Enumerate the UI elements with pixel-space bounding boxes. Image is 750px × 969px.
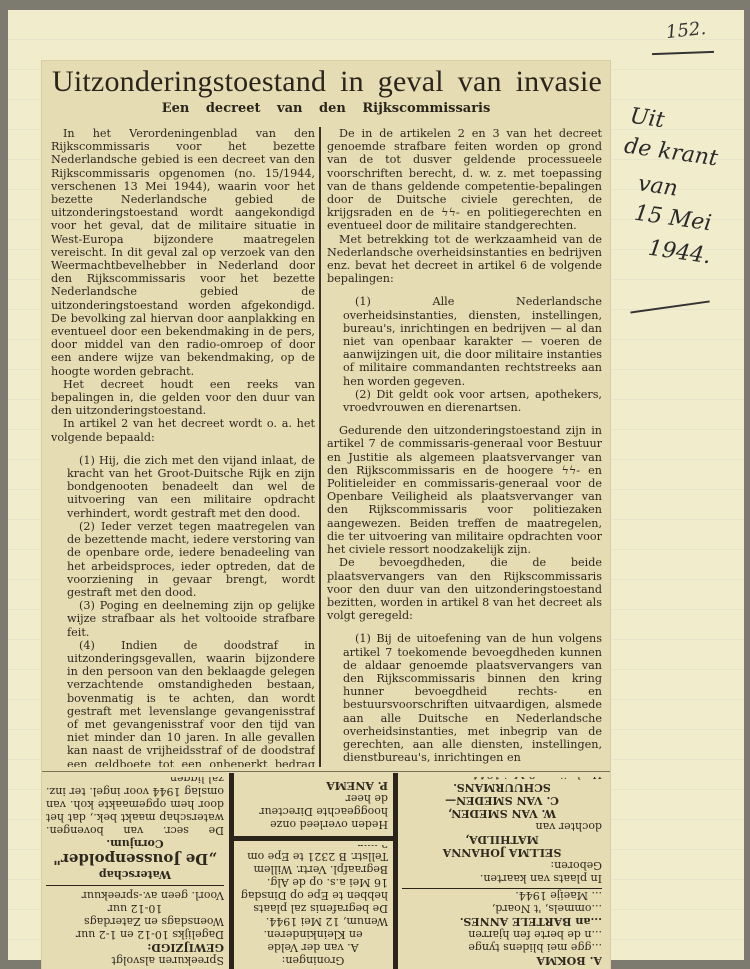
ad-line: Voorl. geen av.-spreekuur (46, 885, 224, 902)
ad-line: Geboren: (402, 859, 602, 872)
paragraph: (1) Hij, die zich met den vijand inlaat,… (51, 454, 315, 520)
column-divider (319, 127, 321, 767)
ad-divider (393, 773, 398, 969)
ad-line: ...ommels, 't Noard, (402, 902, 602, 915)
paragraph: (2) Dit geldt ook voor artsen, apotheker… (327, 388, 602, 414)
ad-birth-notice: A. BOKMA ...gge mei blidens tynge ...n d… (402, 777, 602, 967)
upside-down-advertisements: A. BOKMA ...gge mei blidens tynge ...n d… (42, 773, 610, 969)
article-left-column: In het Verordeningenblad van den Rijksco… (51, 127, 315, 767)
paragraph: De in de artikelen 2 en 3 van het decree… (327, 127, 602, 233)
ad-line: Cornjum. (46, 837, 224, 850)
ad-line: en Kleinkinderen. (238, 928, 388, 941)
ad-line: Wenum, 12 Mei 1944. (238, 915, 388, 928)
handwritten-note-line-3: van (636, 171, 679, 201)
ad-divider (233, 836, 393, 841)
paragraph: Gedurende den uitzonderingstoestand zijn… (327, 424, 602, 556)
ad-line: A. van der Velde (238, 941, 388, 954)
page-number-underline (652, 51, 714, 55)
note-underline (630, 300, 709, 313)
ad-line: P. ANEMA (238, 779, 388, 792)
article-headline: Uitzonderingstoestand in geval van invas… (52, 63, 602, 101)
ad-anema: Heden overleed onze hooggeachte Directeu… (238, 775, 388, 831)
ad-line: SCHUURMANS. (402, 781, 602, 794)
paragraph: Met betrekking tot de werkzaamheid van d… (327, 233, 602, 286)
newspaper-clipping: Uitzonderingstoestand in geval van invas… (42, 61, 610, 969)
paragraph: (3) Poging en deelneming zijn op gelijke… (51, 599, 315, 639)
ad-line: De begrafenis zal plaats hebben te Epe o… (238, 845, 388, 915)
ad-line: MATHILDA, (402, 833, 602, 846)
paragraph: Het decreet houdt een reeks van bepaling… (51, 378, 315, 418)
ad-line: ...gge mei blidens tynge (402, 941, 602, 954)
ad-line: GEWIJZIGD: (46, 941, 224, 954)
ad-line: C. VAN SMEDEN— (402, 794, 602, 807)
ad-line: ... Maeije 1944. (402, 888, 602, 902)
ad-line: In plaats van kaarten. (402, 872, 602, 885)
ad-line: dochter van (402, 820, 602, 833)
handwritten-note-line-5: 1944. (647, 236, 713, 270)
paragraph: (1) Bij de uitoefening van de hun volgen… (327, 632, 602, 764)
paragraph: In artikel 2 van het decreet wordt o. a.… (51, 417, 315, 443)
ad-line: Groningen: (238, 954, 388, 967)
handwritten-note-line-1: Uit (628, 104, 666, 134)
ad-line: Herbaijum, 8 Mei 1944. (402, 777, 602, 781)
article-right-column: De in de artikelen 2 en 3 van het decree… (327, 127, 602, 767)
ad-line: Dagelijks 10-12 en 1-2 uur (46, 928, 224, 941)
ad-line: ...n de berte fen hjarren (402, 928, 602, 941)
page-number: 152. (665, 18, 707, 43)
ad-line: Spreekuren alsvolgt (46, 954, 224, 967)
ad-line: Waterschap (46, 868, 224, 881)
ad-line: De secr. van bovengen. waterschap maakt … (46, 777, 224, 837)
paragraph: In het Verordeningenblad van den Rijksco… (51, 127, 315, 378)
archive-sheet: 152. Uit de krant van 15 Mei 1944. Uitzo… (8, 10, 744, 960)
handwritten-note-line-4: 15 Mei (633, 201, 713, 237)
ad-line: de heer (238, 792, 388, 805)
ad-line: ...an BARTELE ANNES. (402, 915, 602, 928)
ad-line: Heden overleed onze hooggeachte Directeu… (238, 805, 388, 831)
paragraph: (4) Indien de doodstraf in uitzonderings… (51, 639, 315, 767)
ad-line: SELLMA JOHANNA (402, 846, 602, 859)
paragraph: (1) Alle Nederlandsche overheidsinstanti… (327, 295, 602, 387)
paragraph: De bevoegdheden, die de beide plaatsverv… (327, 556, 602, 622)
ad-title: „De Joussenpolder" (46, 850, 224, 868)
clipping-cut-line (42, 771, 610, 772)
article-subheadline: Een decreet van den Rijkscommissaris (42, 101, 610, 116)
ad-waterschap: Spreekuren alsvolgt GEWIJZIGD: Dagelijks… (46, 777, 224, 967)
ad-line: 10-12 uur (46, 902, 224, 915)
ad-line: Woensdags en Zaterdags (46, 915, 224, 928)
paragraph: (2) Ieder verzet tegen maatregelen van d… (51, 520, 315, 599)
ad-death-notice: Groningen: A. van der Velde en Kleinkind… (238, 845, 388, 967)
ad-line: W. VAN SMEDEN, (402, 807, 602, 820)
handwritten-note-line-2: de krant (623, 134, 720, 172)
ad-divider (229, 773, 234, 969)
ad-line: A. BOKMA (402, 954, 602, 967)
